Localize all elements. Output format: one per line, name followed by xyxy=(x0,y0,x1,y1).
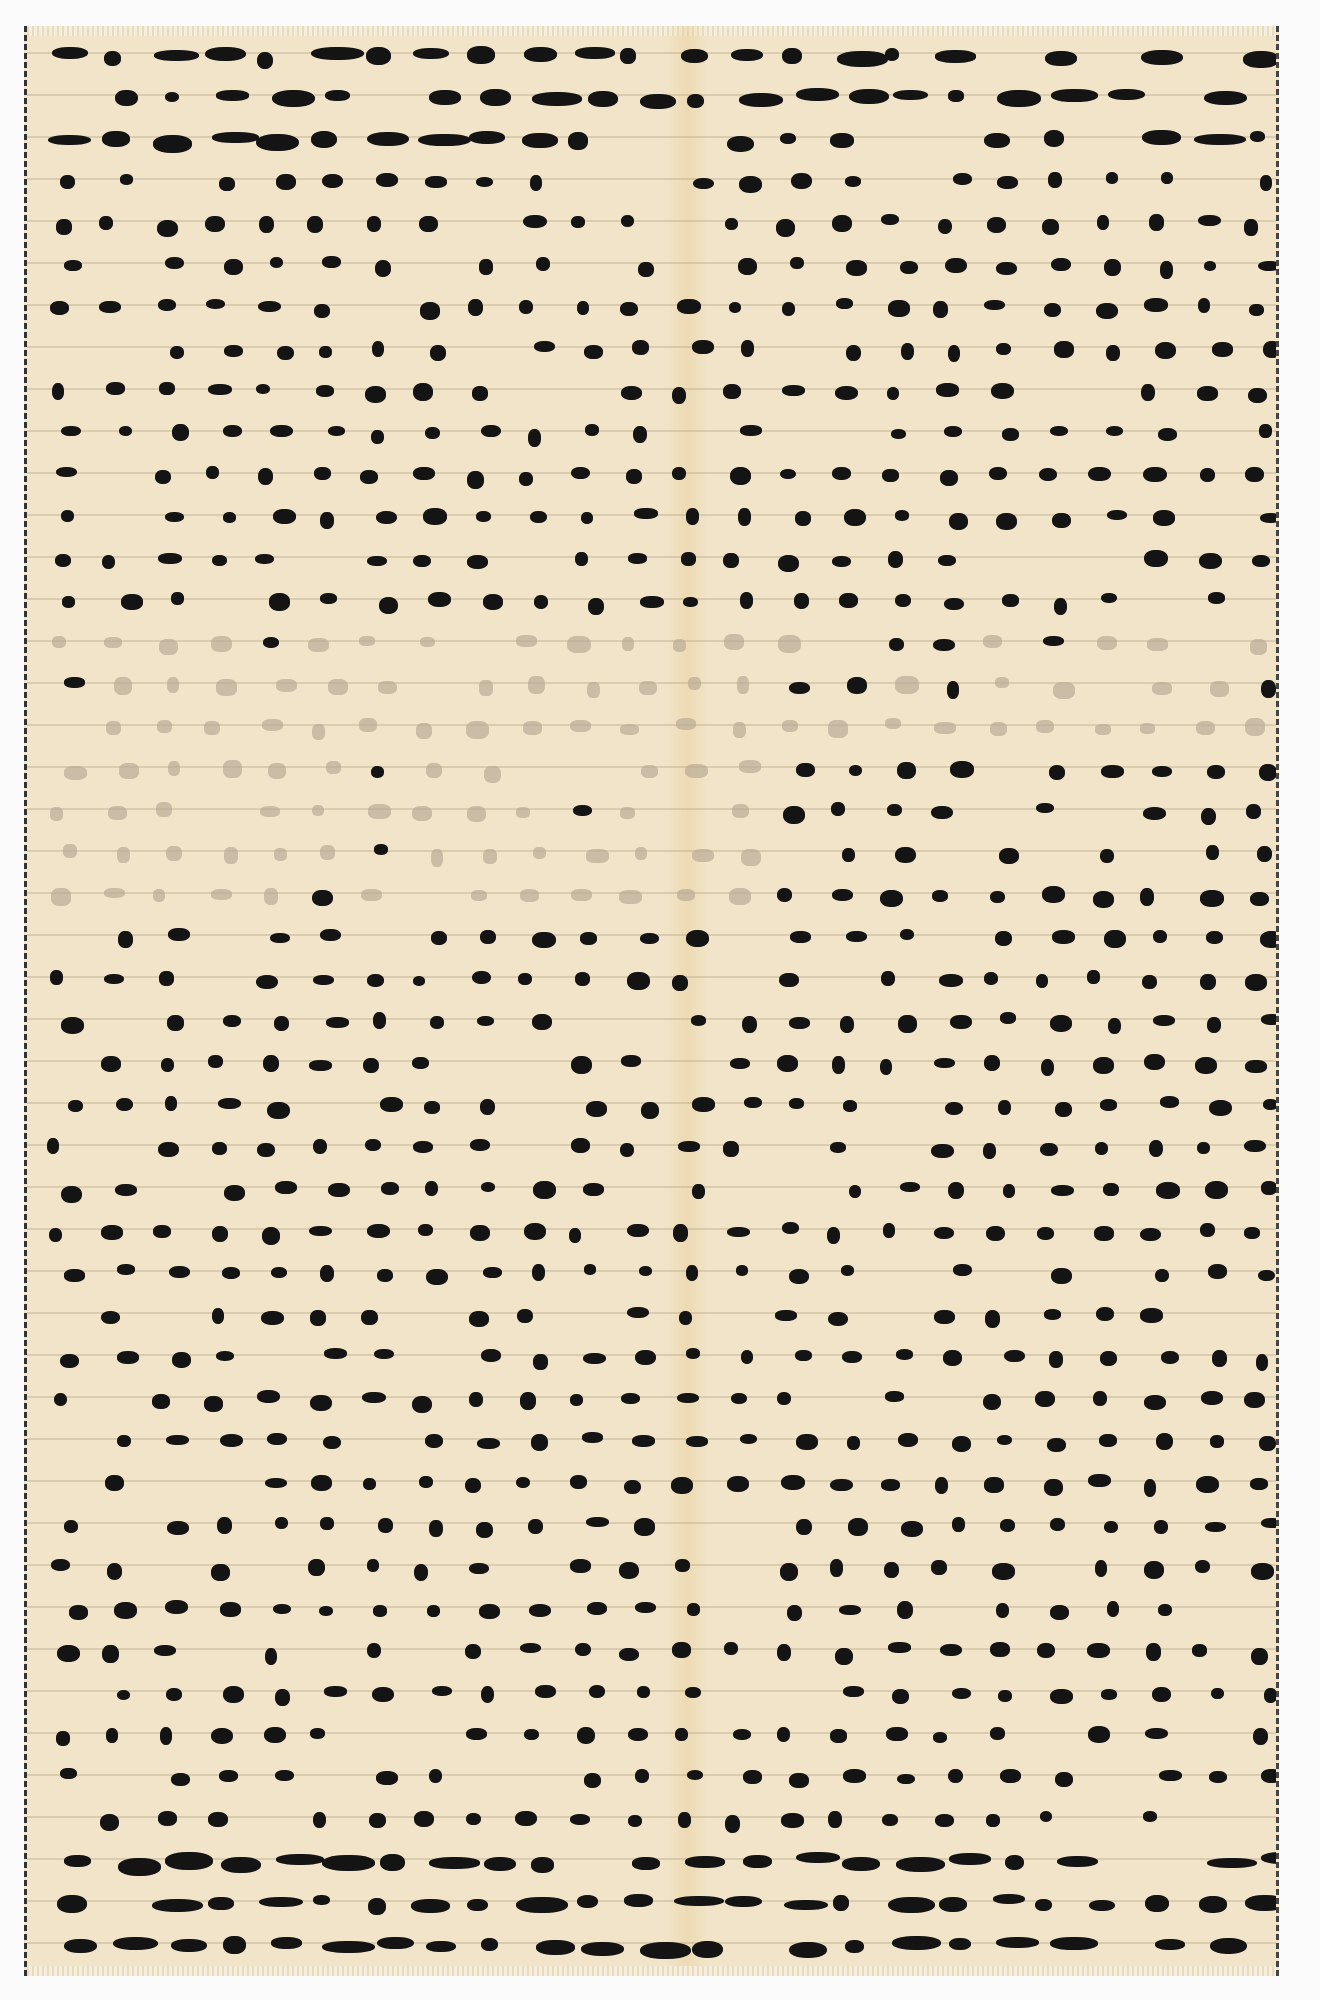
rug-dot xyxy=(733,1729,752,1740)
rug-dot xyxy=(413,383,433,401)
rug-dot xyxy=(676,718,696,729)
rug-dot xyxy=(849,1185,862,1199)
rug-dot xyxy=(584,345,603,359)
rug-dot xyxy=(896,1349,914,1359)
rug-dot xyxy=(375,260,392,277)
rug-dot xyxy=(54,1393,68,1407)
rug-dot xyxy=(267,1102,290,1120)
rug-dot xyxy=(888,1642,910,1653)
rug-dot xyxy=(115,90,138,106)
rug-dot xyxy=(1099,1434,1117,1447)
rug-dot xyxy=(830,1142,846,1153)
rug-dot xyxy=(470,1139,490,1151)
rug-dot xyxy=(1245,718,1266,736)
rug-dot xyxy=(1043,636,1064,646)
rug-dot xyxy=(1159,1770,1182,1781)
rug-dot xyxy=(412,1057,429,1069)
rug-dot xyxy=(533,1354,547,1370)
rug-dot xyxy=(1004,1350,1025,1363)
rug-dot xyxy=(685,1687,701,1698)
rug-dot xyxy=(1153,930,1167,943)
rug-dot xyxy=(952,1517,965,1532)
rug-dot xyxy=(640,933,659,944)
rug-dot xyxy=(528,429,541,447)
rug-dot xyxy=(675,1559,690,1571)
rug-dot xyxy=(1264,1688,1277,1703)
rug-dot xyxy=(57,1895,87,1913)
rug-dot xyxy=(677,889,695,901)
rug-dot xyxy=(1209,1100,1232,1117)
rug-dot xyxy=(1259,424,1271,437)
rug-dot xyxy=(52,383,64,400)
rug-dot xyxy=(1156,1433,1174,1450)
rug-dot xyxy=(840,1016,854,1033)
rug-dot xyxy=(118,1858,161,1876)
rug-dot xyxy=(635,847,647,860)
rug-dot xyxy=(896,1857,945,1872)
rug-dot xyxy=(159,971,173,985)
rug-dot xyxy=(311,131,338,148)
rug-dot xyxy=(677,1393,699,1403)
rug-dot xyxy=(264,1727,286,1743)
rug-dot xyxy=(60,1768,76,1779)
rug-dot xyxy=(901,1521,923,1537)
rug-dot xyxy=(570,1394,583,1406)
rug-dot xyxy=(216,1351,234,1361)
rug-dot xyxy=(1250,892,1269,906)
rug-dot xyxy=(789,1017,810,1029)
rug-dot xyxy=(378,1518,393,1533)
rug-dot xyxy=(516,1897,568,1913)
rug-dot xyxy=(880,890,903,907)
rug-dot xyxy=(885,48,900,61)
rug-dot xyxy=(1201,1391,1223,1405)
rug-dot xyxy=(632,340,649,355)
rug-dot xyxy=(523,721,542,734)
rug-dot xyxy=(119,763,138,779)
rug-dot xyxy=(685,1856,725,1867)
rug-dot xyxy=(1210,681,1229,697)
rug-dot xyxy=(217,1517,232,1534)
rug-dot xyxy=(567,636,591,654)
rug-dot xyxy=(323,1436,341,1450)
rug-dot xyxy=(206,299,225,309)
rug-dot xyxy=(1245,974,1266,991)
rug-dot xyxy=(882,469,899,482)
rug-dot xyxy=(274,1016,289,1031)
rug-dot xyxy=(1095,724,1111,735)
rug-dot xyxy=(276,679,297,692)
rug-dot xyxy=(372,341,384,357)
rug-dot xyxy=(887,387,899,400)
rug-dot xyxy=(311,1475,332,1491)
rug-dot xyxy=(782,385,805,396)
rug-dot xyxy=(1256,1354,1269,1371)
rug-dot xyxy=(259,1897,304,1907)
rug-dot xyxy=(118,931,132,948)
rug-dot xyxy=(1036,974,1048,988)
rug-dot xyxy=(49,1228,62,1242)
rug-dot xyxy=(466,1813,481,1826)
rug-dot xyxy=(1244,1227,1260,1238)
rug-dot xyxy=(322,256,341,268)
rug-dot xyxy=(328,426,345,436)
rug-dot xyxy=(884,1562,899,1578)
rug-dot xyxy=(794,593,809,609)
rug-dot xyxy=(310,1310,326,1325)
rug-dot xyxy=(361,889,382,901)
rug-dot xyxy=(583,1353,606,1365)
rug-dot xyxy=(117,1435,131,1447)
rug-dot xyxy=(1261,1518,1279,1528)
rug-dot xyxy=(692,1941,724,1959)
rug-dot xyxy=(742,1016,757,1034)
rug-dot xyxy=(1044,1309,1061,1319)
rug-dot xyxy=(1141,50,1183,65)
rug-dot xyxy=(223,1686,244,1703)
rug-dot xyxy=(313,975,334,985)
rug-dot xyxy=(477,1438,499,1449)
rug-dot xyxy=(640,1942,691,1959)
rug-dot xyxy=(273,1604,291,1614)
rug-dot xyxy=(51,1559,70,1571)
rug-dot xyxy=(212,1142,227,1155)
rug-dot xyxy=(212,555,227,566)
rug-dot xyxy=(1197,386,1218,401)
rug-dot xyxy=(476,177,493,188)
rug-dot xyxy=(69,1605,88,1619)
rug-dot xyxy=(881,971,895,986)
rug-dot xyxy=(359,718,377,732)
rug-dot xyxy=(778,635,802,653)
rug-dot xyxy=(52,47,88,59)
rug-dot xyxy=(479,1604,500,1619)
rug-dot xyxy=(632,1857,660,1869)
rug-dot xyxy=(425,176,446,188)
rug-dot xyxy=(782,48,801,64)
rug-dot xyxy=(376,173,398,187)
rug-dot xyxy=(620,724,640,735)
rug-dot xyxy=(632,1435,655,1447)
rug-dot xyxy=(171,1773,190,1786)
rug-dot xyxy=(789,682,811,694)
rug-dot xyxy=(524,1223,546,1240)
rug-dot xyxy=(1206,845,1218,860)
rug-dot xyxy=(367,1559,379,1572)
rug-dot xyxy=(224,345,242,357)
rug-dot xyxy=(1095,1142,1109,1155)
rug-dot xyxy=(897,1774,915,1785)
rug-dot xyxy=(224,847,238,863)
rug-dot xyxy=(1200,974,1215,990)
rug-dot xyxy=(1096,1307,1115,1321)
rug-dot xyxy=(998,1100,1011,1116)
rug-dot xyxy=(326,761,341,774)
rug-dot xyxy=(934,722,956,734)
rug-dot xyxy=(465,1644,481,1659)
rug-dot xyxy=(1050,1605,1069,1620)
rug-dot xyxy=(568,132,588,149)
rug-dot xyxy=(1055,1102,1072,1117)
rug-dot xyxy=(113,1937,159,1950)
rug-dot xyxy=(119,426,132,437)
rug-dot xyxy=(831,802,845,816)
rug-dot xyxy=(1246,804,1261,819)
rug-dot xyxy=(935,1477,948,1494)
rug-dot xyxy=(1153,1015,1175,1026)
rug-dot xyxy=(791,173,812,189)
rug-dot xyxy=(536,1940,575,1955)
rug-dot xyxy=(1045,51,1077,66)
rug-dot xyxy=(732,804,749,818)
rug-dot xyxy=(999,848,1019,864)
rug-dot xyxy=(431,849,443,867)
rug-dot xyxy=(945,1102,963,1116)
rug-dot xyxy=(827,1227,840,1244)
rug-dot xyxy=(275,1517,288,1529)
rug-dot xyxy=(428,592,451,607)
rug-dot xyxy=(675,1728,687,1741)
rug-dot xyxy=(64,766,87,780)
rug-dot xyxy=(468,299,483,316)
weave-line xyxy=(27,178,1276,180)
rug-dot xyxy=(1048,172,1062,188)
rug-dot xyxy=(843,1100,857,1111)
rug-dot xyxy=(888,1897,936,1913)
rug-dot xyxy=(51,888,71,906)
rug-dot xyxy=(413,1141,433,1153)
rug-dot xyxy=(1093,1057,1113,1074)
rug-dot xyxy=(1093,891,1114,908)
rug-dot xyxy=(532,1264,545,1281)
rug-dot xyxy=(60,175,75,189)
rug-dot xyxy=(1049,765,1066,780)
rug-dot xyxy=(729,302,741,313)
rug-dot xyxy=(1196,1476,1219,1493)
rug-dot xyxy=(723,553,738,568)
rug-dot xyxy=(671,1477,692,1494)
rug-dot xyxy=(320,512,334,529)
rug-dot xyxy=(530,175,542,191)
rug-dot xyxy=(900,1182,919,1192)
rug-dot xyxy=(157,220,178,237)
rug-dot xyxy=(847,1436,860,1450)
rug-dot xyxy=(64,260,82,271)
rug-dot xyxy=(479,680,492,695)
rug-dot xyxy=(830,133,854,148)
rug-dot xyxy=(1248,388,1267,404)
rug-dot xyxy=(628,553,647,563)
rug-dot xyxy=(845,1940,864,1953)
rug-dot xyxy=(736,1265,748,1276)
rug-dot xyxy=(365,386,386,403)
rug-dot xyxy=(256,384,270,394)
rug-dot xyxy=(1251,1563,1274,1579)
rug-dot xyxy=(621,1393,640,1404)
rug-dot xyxy=(570,1814,591,1825)
rug-dot xyxy=(328,679,347,695)
rug-dot xyxy=(782,720,797,732)
rug-dot xyxy=(1144,1561,1164,1579)
rug-dot xyxy=(692,340,714,354)
rug-dot xyxy=(888,300,910,316)
rug-dot xyxy=(895,847,915,863)
rug-dot xyxy=(61,1017,84,1034)
rug-dot xyxy=(216,90,249,100)
rug-dot xyxy=(262,1227,281,1245)
rug-dot xyxy=(223,1936,245,1954)
rug-dot xyxy=(530,511,547,523)
rug-dot xyxy=(469,1392,483,1407)
rug-dot xyxy=(1160,261,1172,279)
rug-dot xyxy=(99,301,120,313)
rug-dot xyxy=(102,1645,118,1663)
rug-dot xyxy=(1100,1351,1117,1366)
rug-dot xyxy=(1044,303,1062,318)
rug-dot xyxy=(465,1478,481,1493)
rug-dot xyxy=(363,1058,379,1074)
rug-dot xyxy=(64,1855,90,1866)
rug-dot xyxy=(420,302,440,319)
rug-dot xyxy=(1199,553,1223,569)
rug-dot xyxy=(267,1433,287,1445)
rug-dot xyxy=(413,555,431,568)
rug-dot xyxy=(1263,1099,1277,1110)
rug-dot xyxy=(425,427,440,439)
rug-dot xyxy=(1141,384,1154,402)
rug-dot xyxy=(324,1348,348,1359)
rug-dot xyxy=(724,634,744,650)
rug-dot xyxy=(588,598,604,615)
rug-dot xyxy=(102,131,130,147)
rug-dot xyxy=(1197,1142,1210,1155)
rug-dot xyxy=(1143,1811,1157,1822)
rug-dot xyxy=(733,722,746,738)
rug-dot xyxy=(780,133,796,144)
rug-dot xyxy=(376,1771,398,1785)
rug-dot xyxy=(212,132,258,143)
rug-dot xyxy=(674,1896,724,1906)
rug-dot xyxy=(152,1394,170,1408)
rug-dot xyxy=(430,1016,444,1029)
rug-dot xyxy=(743,1770,761,1784)
rug-dot xyxy=(641,1102,659,1119)
rug-dot xyxy=(725,1896,762,1908)
rug-dot xyxy=(624,1480,641,1495)
rug-dot xyxy=(570,1475,587,1489)
rug-dot xyxy=(1200,468,1215,482)
rug-dot xyxy=(322,1855,375,1871)
rug-dot xyxy=(50,807,63,820)
rug-dot xyxy=(1210,1435,1224,1447)
rug-dot xyxy=(211,1564,229,1581)
rug-dot xyxy=(309,1226,332,1236)
rug-dot xyxy=(171,1939,206,1952)
rug-dot xyxy=(885,1391,903,1401)
rug-dot xyxy=(115,1184,137,1196)
rug-dot xyxy=(309,1060,332,1071)
rug-dot xyxy=(621,386,642,400)
rug-dot xyxy=(897,762,915,779)
rug-dot xyxy=(430,345,446,361)
rug-dot xyxy=(1199,1896,1228,1913)
rug-dot xyxy=(900,261,918,274)
rug-dot xyxy=(1198,298,1211,313)
rug-dot xyxy=(777,1727,791,1742)
rug-dot xyxy=(1003,1184,1015,1198)
rug-dot xyxy=(936,383,959,397)
rug-dot xyxy=(688,677,701,691)
rug-dot xyxy=(881,214,899,225)
rug-dot xyxy=(681,552,696,565)
rug-dot xyxy=(895,676,919,693)
rug-dot xyxy=(1044,1479,1063,1496)
rug-dot xyxy=(672,467,686,480)
rug-dot xyxy=(727,136,755,153)
rug-dot xyxy=(1101,1689,1117,1699)
rug-dot xyxy=(984,133,1010,148)
rug-dot xyxy=(316,385,334,397)
rug-dot xyxy=(619,890,642,904)
rug-dot xyxy=(577,1895,599,1908)
rug-dot xyxy=(258,468,273,485)
rug-dot xyxy=(116,1098,133,1112)
rug-dot xyxy=(573,805,592,816)
rug-dot xyxy=(1042,219,1059,235)
rug-dot xyxy=(534,341,555,352)
rug-dot xyxy=(61,426,81,437)
rug-dot xyxy=(1261,1852,1279,1864)
rug-dot xyxy=(161,1058,174,1072)
rug-dot xyxy=(517,1309,533,1324)
rug-dot xyxy=(1036,720,1054,733)
rug-dot xyxy=(997,90,1041,107)
rug-dot xyxy=(1093,1391,1107,1406)
rug-dot xyxy=(381,1182,399,1195)
rug-dot xyxy=(949,513,968,530)
rug-dot xyxy=(583,1183,604,1196)
rug-dot xyxy=(153,135,192,153)
rug-dot xyxy=(1252,555,1270,567)
rug-dot xyxy=(848,1518,868,1535)
rug-dot xyxy=(784,1900,828,1910)
rug-dot xyxy=(725,1815,740,1833)
rug-dot xyxy=(639,681,657,695)
rug xyxy=(24,26,1279,1976)
rug-dot xyxy=(470,1225,490,1241)
rug-dot xyxy=(106,721,121,735)
rug-fringe-bottom xyxy=(27,1966,1276,1976)
rug-dot xyxy=(481,425,501,438)
rug-dot xyxy=(830,1559,843,1577)
rug-dot xyxy=(64,1269,85,1281)
rug-dot xyxy=(211,636,232,652)
rug-dot xyxy=(673,639,686,652)
rug-dot xyxy=(1103,1183,1118,1196)
rug-dot xyxy=(117,1351,139,1364)
rug-dot xyxy=(120,174,133,185)
rug-dot xyxy=(787,1605,802,1621)
rug-dot xyxy=(587,682,599,698)
rug-dot xyxy=(413,467,435,480)
rug-dot xyxy=(1035,1391,1055,1407)
rug-dot xyxy=(944,426,962,438)
rug-dot xyxy=(832,1056,845,1074)
rug-dot xyxy=(1261,1181,1277,1195)
rug-dot xyxy=(789,1773,808,1788)
rug-dot xyxy=(777,1644,791,1661)
rug-dot xyxy=(723,384,741,399)
